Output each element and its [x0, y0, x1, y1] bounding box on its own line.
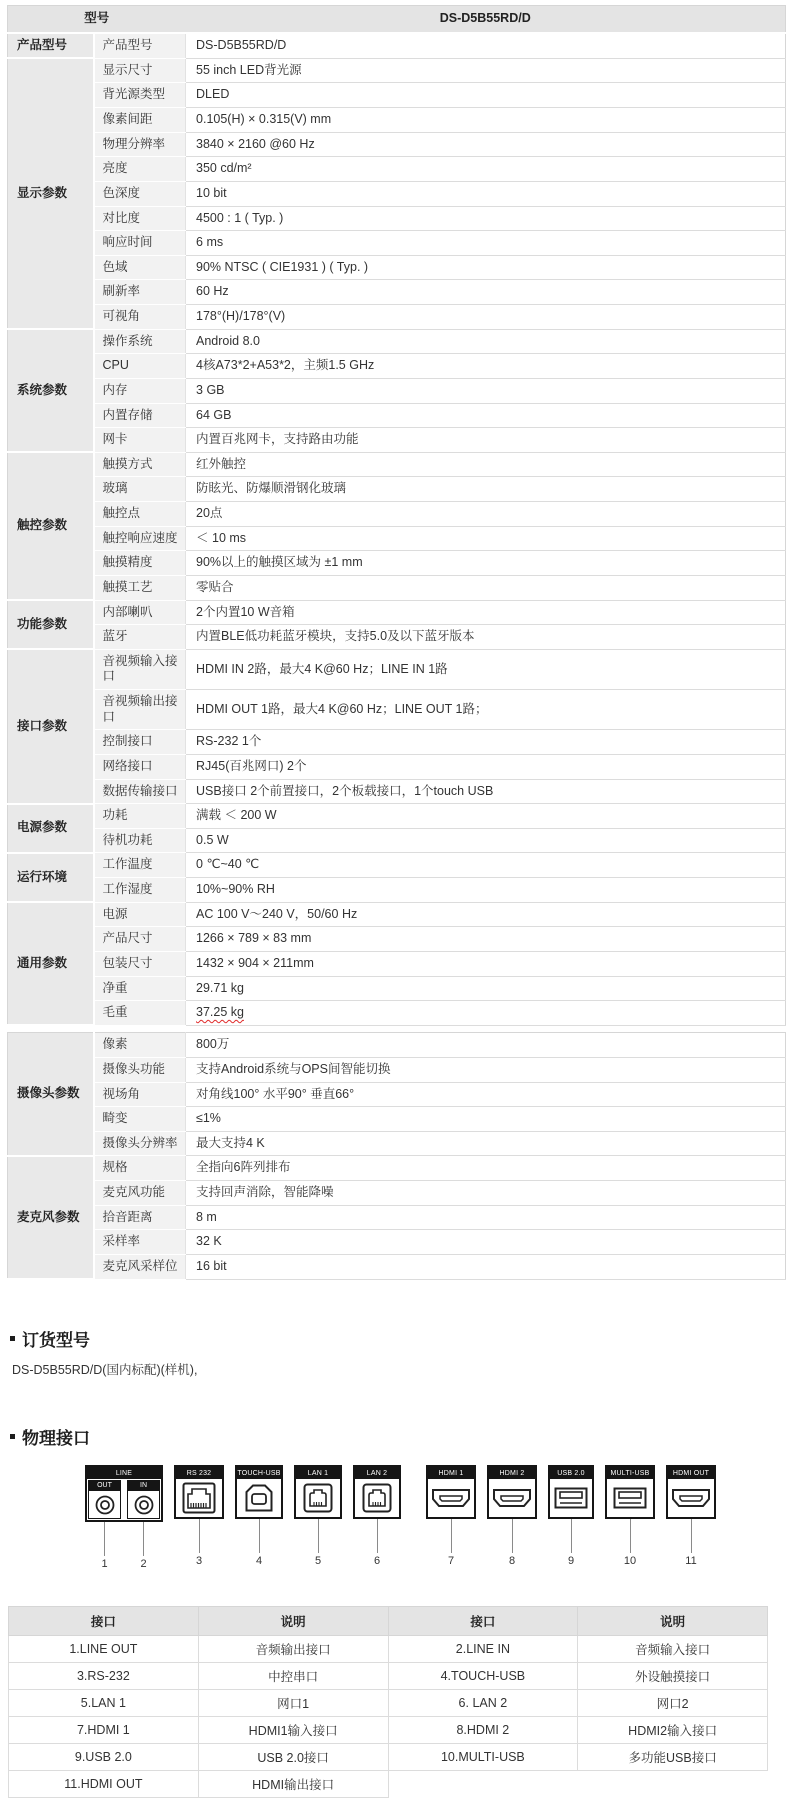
spec-label-cell: 亮度 — [94, 157, 186, 182]
spec-value-cell: AC 100 V～240 V，50/60 Hz — [186, 902, 786, 927]
spec-label-cell: 功耗 — [94, 804, 186, 829]
spec-label-cell: 触摸精度 — [94, 551, 186, 576]
port-desc-cell: 多功能USB接口 — [578, 1744, 768, 1771]
spec-label-cell: 内置存储 — [94, 403, 186, 428]
spec-label-cell: 蓝牙 — [94, 625, 186, 650]
spec-value-cell: 4核A73*2+A53*2，主频1.5 GHz — [186, 354, 786, 379]
spec-label-cell: 色深度 — [94, 181, 186, 206]
spec-label-cell: 音视频输入接口 — [94, 649, 186, 689]
spec-row: 畸变≤1% — [8, 1107, 786, 1132]
spec-value-cell: 29.71 kg — [186, 976, 786, 1001]
audio-jack-icon — [89, 1491, 120, 1518]
spec-value-cell: 满载 ＜ 200 W — [186, 804, 786, 829]
port-desc-cell: 音频输入接口 — [578, 1636, 768, 1663]
spec-row: 摄像头参数像素800万 — [8, 1033, 786, 1058]
spec-value-cell: 0.105(H) × 0.315(V) mm — [186, 108, 786, 133]
port-number: 3 — [196, 1555, 202, 1567]
port-cell: 11.HDMI OUT — [9, 1771, 199, 1798]
ports-section-heading: 物理接口 — [10, 1424, 790, 1449]
spec-row: 背光源类型DLED — [8, 83, 786, 108]
port-touch-usb: TOUCH-USB 4 — [235, 1465, 283, 1567]
spec-value-cell: 6 ms — [186, 231, 786, 256]
spec-value-cell: 0.5 W — [186, 828, 786, 853]
port-rs232: RS 232 3 — [174, 1465, 224, 1567]
spec-label-cell: 控制接口 — [94, 730, 186, 755]
square-bullet-icon — [10, 1434, 15, 1439]
port-table-header-row: 接口 说明 接口 说明 — [9, 1607, 768, 1636]
port-cell: 3.RS-232 — [9, 1663, 199, 1690]
spec-value-cell: 内置百兆网卡，支持路由功能 — [186, 428, 786, 453]
spec-label-cell: 视场角 — [94, 1082, 186, 1107]
spec-row: 蓝牙内置BLE低功耗蓝牙模块，支持5.0及以下蓝牙版本 — [8, 625, 786, 650]
model-header-label: 型号 — [8, 6, 186, 33]
spec-row: 像素间距0.105(H) × 0.315(V) mm — [8, 108, 786, 133]
usb-a-icon — [550, 1479, 592, 1517]
spec-row: CPU4核A73*2+A53*2，主频1.5 GHz — [8, 354, 786, 379]
spec-value-cell: 800万 — [186, 1033, 786, 1058]
leader-line — [512, 1519, 513, 1553]
port-table-header: 说明 — [578, 1607, 768, 1636]
port-cell: 7.HDMI 1 — [9, 1717, 199, 1744]
spec-label-cell: 摄像头分辨率 — [94, 1131, 186, 1156]
port-desc-cell: HDMI2输入接口 — [578, 1717, 768, 1744]
port-hdmi2: HDMI 2 8 — [487, 1465, 537, 1567]
spec-label-cell: 内部喇叭 — [94, 600, 186, 625]
spec-row: 内置存储64 GB — [8, 403, 786, 428]
spec-category-cell: 通用参数 — [8, 902, 94, 1025]
model-header-value: DS-D5B55RD/D — [186, 6, 786, 33]
spec-row: 摄像头功能支持Android系统与OPS间智能切换 — [8, 1057, 786, 1082]
line-out-jack: OUT — [88, 1480, 121, 1519]
spec-label-cell: 物理分辨率 — [94, 132, 186, 157]
port-desc-cell: 音频输出接口 — [198, 1636, 388, 1663]
spec-label-cell: 产品尺寸 — [94, 927, 186, 952]
spec-row: 视场角对角线100° 水平90° 垂直66° — [8, 1082, 786, 1107]
spec-value-cell: 55 inch LED背光源 — [186, 58, 786, 83]
spec-row: 色深度10 bit — [8, 181, 786, 206]
usb-b-icon — [237, 1479, 281, 1517]
spec-value-cell: 1432 × 904 × 211mm — [186, 951, 786, 976]
spec-value-cell: 4500 : 1 ( Typ. ) — [186, 206, 786, 231]
spec-value-cell: 60 Hz — [186, 280, 786, 305]
spec-label-cell: 刷新率 — [94, 280, 186, 305]
spec-category-cell: 触控参数 — [8, 452, 94, 600]
spec-label-cell: 网卡 — [94, 428, 186, 453]
spec-row: 亮度350 cd/m² — [8, 157, 786, 182]
spec-value-cell: 32 K — [186, 1230, 786, 1255]
spec-row: 网卡内置百兆网卡，支持路由功能 — [8, 428, 786, 453]
spec-label-cell: 对比度 — [94, 206, 186, 231]
spec-label-cell: CPU — [94, 354, 186, 379]
port-table-header: 接口 — [9, 1607, 199, 1636]
port-number: 10 — [624, 1555, 636, 1567]
empty-cell — [578, 1771, 768, 1798]
port-cell: 1.LINE OUT — [9, 1636, 199, 1663]
spec-label-cell: 音视频输出接口 — [94, 690, 186, 730]
port-table-row: 5.LAN 1网口16. LAN 2网口2 — [9, 1690, 768, 1717]
line-port-label: LINE — [87, 1467, 161, 1480]
spec-document: 型号 DS-D5B55RD/D 产品型号产品型号DS-D5B55RD/D 显示参… — [0, 0, 790, 1798]
port-table-row: 3.RS-232中控串口4.TOUCH-USB外设触摸接口 — [9, 1663, 768, 1690]
spec-value-cell: 8 m — [186, 1205, 786, 1230]
spec-row: 音视频输出接口HDMI OUT 1路，最大4 K@60 Hz；LINE OUT … — [8, 690, 786, 730]
port-usb20: USB 2.0 9 — [548, 1465, 594, 1567]
spec-label-cell: 数据传输接口 — [94, 779, 186, 804]
spec-value-cell: HDMI OUT 1路，最大4 K@60 Hz；LINE OUT 1路； — [186, 690, 786, 730]
port-desc-cell: HDMI1输入接口 — [198, 1717, 388, 1744]
order-section-title: 订货型号 — [22, 1326, 90, 1351]
spec-value-cell: 20点 — [186, 502, 786, 527]
spec-value-cell: DS-D5B55RD/D — [186, 33, 786, 59]
hdmi1-label: HDMI 1 — [428, 1467, 474, 1479]
spec-label-cell: 电源 — [94, 902, 186, 927]
spec-value-cell: 对角线100° 水平90° 垂直66° — [186, 1082, 786, 1107]
leader-line — [143, 1522, 144, 1556]
spec-value-cell: 37.25 kg — [186, 1001, 786, 1026]
spec-row: 控制接口RS-232 1个 — [8, 730, 786, 755]
spec-label-cell: 净重 — [94, 976, 186, 1001]
spec-value-cell: 3 GB — [186, 378, 786, 403]
rj45-icon — [176, 1479, 222, 1517]
spec-row: 刷新率60 Hz — [8, 280, 786, 305]
spec-label-cell: 像素 — [94, 1033, 186, 1058]
spec-row: 接口参数音视频输入接口HDMI IN 2路，最大4 K@60 Hz；LINE I… — [8, 649, 786, 689]
spec-category-cell: 功能参数 — [8, 600, 94, 649]
port-desc-cell: 中控串口 — [198, 1663, 388, 1690]
spec-row: 内存3 GB — [8, 378, 786, 403]
spec-row: 可视角178°(H)/178°(V) — [8, 305, 786, 330]
spec-row: 麦克风功能支持回声消除，智能降噪 — [8, 1181, 786, 1206]
spec-row: 功能参数内部喇叭2个内置10 W音箱 — [8, 600, 786, 625]
spec-value-cell: 1266 × 789 × 83 mm — [186, 927, 786, 952]
spec-row: 通用参数电源AC 100 V～240 V，50/60 Hz — [8, 902, 786, 927]
lan1-label: LAN 1 — [296, 1467, 340, 1479]
port-number: 11 — [685, 1555, 696, 1567]
port-number: 7 — [448, 1555, 454, 1567]
spec-label-cell: 触控响应速度 — [94, 526, 186, 551]
port-desc-cell: 网口1 — [198, 1690, 388, 1717]
spec-row: 显示参数显示尺寸55 inch LED背光源 — [8, 58, 786, 83]
line-port-box: LINE OUT IN — [85, 1465, 163, 1522]
port-hdmi1: HDMI 1 7 — [426, 1465, 476, 1567]
port-description-table: 接口 说明 接口 说明 1.LINE OUT音频输出接口2.LINE IN音频输… — [8, 1606, 768, 1798]
spec-value-cell: 红外触控 — [186, 452, 786, 477]
leader-line — [691, 1519, 692, 1553]
spec-label-cell: 包装尺寸 — [94, 951, 186, 976]
spec-value-cell: HDMI IN 2路，最大4 K@60 Hz；LINE IN 1路 — [186, 649, 786, 689]
port-cell: 5.LAN 1 — [9, 1690, 199, 1717]
spec-table-main: 型号 DS-D5B55RD/D 产品型号产品型号DS-D5B55RD/D 显示参… — [7, 5, 786, 1026]
port-cell: 9.USB 2.0 — [9, 1744, 199, 1771]
port-cell: 4.TOUCH-USB — [388, 1663, 578, 1690]
port-number: 2 — [140, 1558, 146, 1570]
spec-value-cell: RS-232 1个 — [186, 730, 786, 755]
lan2-label: LAN 2 — [355, 1467, 399, 1479]
port-number: 8 — [509, 1555, 515, 1567]
spec-label-cell: 待机功耗 — [94, 828, 186, 853]
port-desc-cell: HDMI输出接口 — [198, 1771, 388, 1798]
spec-label-cell: 工作温度 — [94, 853, 186, 878]
spec-label-cell: 采样率 — [94, 1230, 186, 1255]
spec-row: 触摸精度90%以上的触摸区域为 ±1 mm — [8, 551, 786, 576]
spec-label-cell: 规格 — [94, 1156, 186, 1181]
spec-table-camera-mic: 摄像头参数像素800万 摄像头功能支持Android系统与OPS间智能切换 视场… — [7, 1032, 786, 1280]
port-cell: 10.MULTI-USB — [388, 1744, 578, 1771]
spec-category-cell: 产品型号 — [8, 33, 94, 59]
spec-header-row: 型号 DS-D5B55RD/D — [8, 6, 786, 33]
spec-category-cell: 接口参数 — [8, 649, 94, 803]
spec-label-cell: 内存 — [94, 378, 186, 403]
spec-row: 拾音距离8 m — [8, 1205, 786, 1230]
spec-value-cell: ＜ 10 ms — [186, 526, 786, 551]
port-number: 5 — [315, 1555, 321, 1567]
spec-row: 包装尺寸1432 × 904 × 211mm — [8, 951, 786, 976]
spec-label-cell: 操作系统 — [94, 329, 186, 354]
leader-line — [571, 1519, 572, 1553]
spec-value-cell: 64 GB — [186, 403, 786, 428]
spec-value-cell: ≤1% — [186, 1107, 786, 1132]
spec-row: 色域90% NTSC ( CIE1931 ) ( Typ. ) — [8, 255, 786, 280]
port-table-row: 7.HDMI 1HDMI1输入接口8.HDMI 2HDMI2输入接口 — [9, 1717, 768, 1744]
spec-label-cell: 麦克风采样位 — [94, 1254, 186, 1279]
spec-label-cell: 毛重 — [94, 1001, 186, 1026]
spec-label-cell: 触摸方式 — [94, 452, 186, 477]
spec-label-cell: 工作湿度 — [94, 878, 186, 903]
port-lan2: LAN 2 6 — [353, 1465, 401, 1567]
port-number: 9 — [568, 1555, 574, 1567]
ports-diagram: LINE OUT IN — [85, 1465, 790, 1570]
spec-row: 触摸工艺零贴合 — [8, 575, 786, 600]
spec-value-cell: 零贴合 — [186, 575, 786, 600]
port-desc-cell: 外设触摸接口 — [578, 1663, 768, 1690]
spec-value-cell: 90% NTSC ( CIE1931 ) ( Typ. ) — [186, 255, 786, 280]
spec-value-cell: 3840 × 2160 @60 Hz — [186, 132, 786, 157]
line-jacks: OUT IN — [87, 1480, 161, 1520]
line-in-label: IN — [128, 1480, 159, 1491]
multi-usb-label: MULTI-USB — [607, 1467, 653, 1479]
spec-value-cell: 10 bit — [186, 181, 786, 206]
port-line: LINE OUT IN — [85, 1465, 163, 1570]
spec-label-cell: 触摸工艺 — [94, 575, 186, 600]
spec-row: 数据传输接口USB接口 2个前置接口，2个板载接口，1个touch USB — [8, 779, 786, 804]
leader-line — [104, 1522, 105, 1556]
order-section-heading: 订货型号 — [10, 1326, 790, 1351]
port-cell: 6. LAN 2 — [388, 1690, 578, 1717]
spec-row: 毛重37.25 kg — [8, 1001, 786, 1026]
port-lan1: LAN 1 5 — [294, 1465, 342, 1567]
spec-label-cell: 玻璃 — [94, 477, 186, 502]
spec-value-cell: 16 bit — [186, 1254, 786, 1279]
port-table-row: 9.USB 2.0USB 2.0接口10.MULTI-USB多功能USB接口 — [9, 1744, 768, 1771]
spec-value-cell: 支持回声消除，智能降噪 — [186, 1181, 786, 1206]
rj45-icon — [296, 1479, 340, 1517]
spec-category-cell: 麦克风参数 — [8, 1156, 94, 1279]
hdmi-icon — [428, 1479, 474, 1517]
spec-value-cell: 内置BLE低功耗蓝牙模块，支持5.0及以下蓝牙版本 — [186, 625, 786, 650]
spec-label-cell: 网络接口 — [94, 754, 186, 779]
leader-line — [630, 1519, 631, 1553]
spec-row: 触控点20点 — [8, 502, 786, 527]
touch-usb-label: TOUCH-USB — [237, 1467, 281, 1479]
line-out-label: OUT — [89, 1480, 120, 1491]
spec-row: 触控响应速度＜ 10 ms — [8, 526, 786, 551]
leader-line — [259, 1519, 260, 1553]
spec-label-cell: 触控点 — [94, 502, 186, 527]
spec-row: 净重29.71 kg — [8, 976, 786, 1001]
spec-row: 触控参数触摸方式红外触控 — [8, 452, 786, 477]
spec-row: 产品型号产品型号DS-D5B55RD/D — [8, 33, 786, 59]
port-multi-usb: MULTI-USB 10 — [605, 1465, 655, 1567]
spec-value-cell: 350 cd/m² — [186, 157, 786, 182]
port-table-header: 接口 — [388, 1607, 578, 1636]
port-hdmi-out: HDMI OUT 11 — [666, 1465, 716, 1567]
port-cell: 8.HDMI 2 — [388, 1717, 578, 1744]
spec-label-cell: 拾音距离 — [94, 1205, 186, 1230]
spec-label-cell: 像素间距 — [94, 108, 186, 133]
port-number: 1 — [101, 1558, 107, 1570]
spec-label-cell: 色域 — [94, 255, 186, 280]
usb20-label: USB 2.0 — [550, 1467, 592, 1479]
port-desc-cell: USB 2.0接口 — [198, 1744, 388, 1771]
spec-row: 对比度4500 : 1 ( Typ. ) — [8, 206, 786, 231]
spec-label-cell: 畸变 — [94, 1107, 186, 1132]
spec-row: 响应时间6 ms — [8, 231, 786, 256]
rs232-label: RS 232 — [176, 1467, 222, 1479]
spec-label-cell: 麦克风功能 — [94, 1181, 186, 1206]
leader-line — [377, 1519, 378, 1553]
spec-value-cell: DLED — [186, 83, 786, 108]
spec-row: 电源参数功耗满载 ＜ 200 W — [8, 804, 786, 829]
spec-row: 麦克风采样位16 bit — [8, 1254, 786, 1279]
spec-category-cell: 电源参数 — [8, 804, 94, 853]
port-table-row: 11.HDMI OUTHDMI输出接口 — [9, 1771, 768, 1798]
spec-value-cell: 0 ℃~40 ℃ — [186, 853, 786, 878]
leader-line — [199, 1519, 200, 1553]
spec-value-cell: USB接口 2个前置接口，2个板载接口，1个touch USB — [186, 779, 786, 804]
leader-line — [318, 1519, 319, 1553]
usb-a-icon — [607, 1479, 653, 1517]
spec-value-cell: RJ45(百兆网口) 2个 — [186, 754, 786, 779]
spec-row: 产品尺寸1266 × 789 × 83 mm — [8, 927, 786, 952]
spec-row: 网络接口RJ45(百兆网口) 2个 — [8, 754, 786, 779]
spec-row: 采样率32 K — [8, 1230, 786, 1255]
port-desc-cell: 网口2 — [578, 1690, 768, 1717]
spec-row: 运行环境工作温度0 ℃~40 ℃ — [8, 853, 786, 878]
spec-row: 工作湿度10%~90% RH — [8, 878, 786, 903]
spec-row: 玻璃防眩光、防爆顺滑钢化玻璃 — [8, 477, 786, 502]
spec-row: 物理分辨率3840 × 2160 @60 Hz — [8, 132, 786, 157]
port-cell: 2.LINE IN — [388, 1636, 578, 1663]
spec-value-cell: 2个内置10 W音箱 — [186, 600, 786, 625]
order-model-text: DS-D5B55RD/D(国内标配)(样机), — [12, 1360, 790, 1378]
hdmi-icon — [489, 1479, 535, 1517]
hdmi-out-label: HDMI OUT — [668, 1467, 714, 1479]
spec-category-cell: 摄像头参数 — [8, 1033, 94, 1156]
spec-label-cell: 产品型号 — [94, 33, 186, 59]
gross-weight-value: 37.25 kg — [196, 1005, 244, 1019]
spec-value-cell: 最大支持4 K — [186, 1131, 786, 1156]
spec-label-cell: 摄像头功能 — [94, 1057, 186, 1082]
line-leaders: 1 2 — [85, 1522, 163, 1570]
line-in-jack: IN — [127, 1480, 160, 1519]
hdmi2-label: HDMI 2 — [489, 1467, 535, 1479]
hdmi-icon — [668, 1479, 714, 1517]
spec-value-cell: 支持Android系统与OPS间智能切换 — [186, 1057, 786, 1082]
ports-section-title: 物理接口 — [22, 1424, 90, 1449]
port-number: 6 — [374, 1555, 380, 1567]
empty-cell — [388, 1771, 578, 1798]
port-table-header: 说明 — [198, 1607, 388, 1636]
spec-row: 麦克风参数规格全指向6阵列排布 — [8, 1156, 786, 1181]
port-table-row: 1.LINE OUT音频输出接口2.LINE IN音频输入接口 — [9, 1636, 768, 1663]
spec-label-cell: 显示尺寸 — [94, 58, 186, 83]
square-bullet-icon — [10, 1336, 15, 1341]
spec-value-cell: Android 8.0 — [186, 329, 786, 354]
spec-value-cell: 178°(H)/178°(V) — [186, 305, 786, 330]
spec-row: 摄像头分辨率最大支持4 K — [8, 1131, 786, 1156]
spec-category-cell: 系统参数 — [8, 329, 94, 452]
spec-value-cell: 全指向6阵列排布 — [186, 1156, 786, 1181]
spec-value-cell: 10%~90% RH — [186, 878, 786, 903]
leader-line — [451, 1519, 452, 1553]
spec-row: 待机功耗0.5 W — [8, 828, 786, 853]
audio-jack-icon — [128, 1491, 159, 1518]
spec-category-cell: 显示参数 — [8, 58, 94, 329]
rj45-icon — [355, 1479, 399, 1517]
port-number: 4 — [256, 1555, 262, 1567]
spec-value-cell: 防眩光、防爆顺滑钢化玻璃 — [186, 477, 786, 502]
spec-label-cell: 响应时间 — [94, 231, 186, 256]
spec-row: 系统参数操作系统Android 8.0 — [8, 329, 786, 354]
spec-label-cell: 背光源类型 — [94, 83, 186, 108]
spec-category-cell: 运行环境 — [8, 853, 94, 902]
spec-label-cell: 可视角 — [94, 305, 186, 330]
spec-value-cell: 90%以上的触摸区域为 ±1 mm — [186, 551, 786, 576]
